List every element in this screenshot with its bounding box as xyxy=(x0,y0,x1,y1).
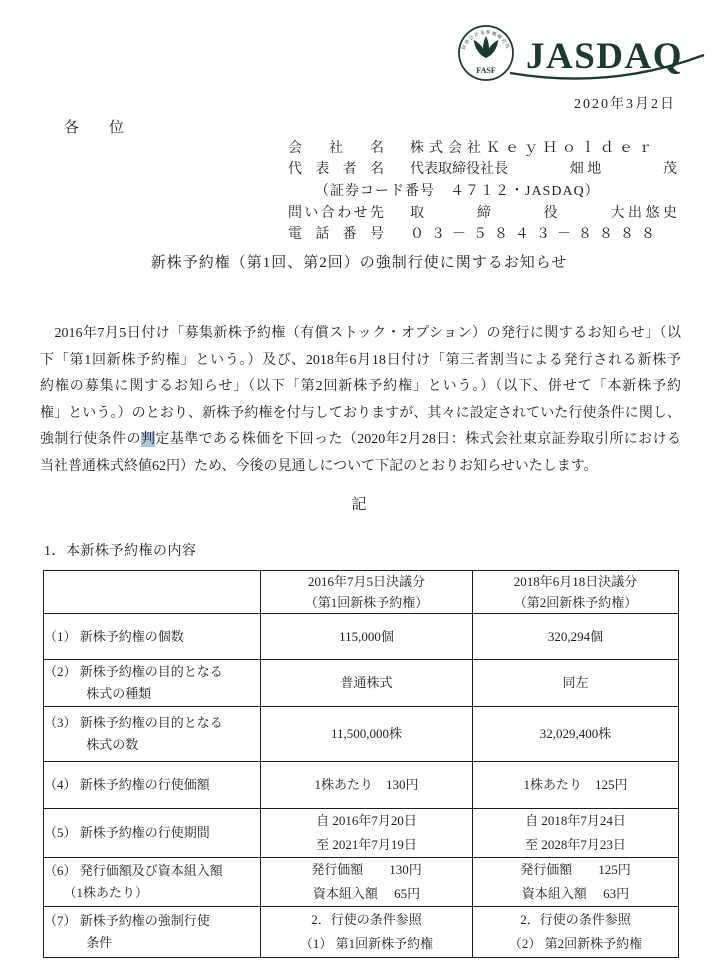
notation-ki: 記 xyxy=(0,493,718,514)
table-header-empty xyxy=(44,571,261,614)
document-title: 新株予約権（第1回、第2回）の強制行使に関するお知らせ xyxy=(0,251,718,272)
phone-line: 電話番号 ０３－５８４３－８８８８ xyxy=(288,222,677,244)
row-value-col1: 115,000個 xyxy=(261,614,473,660)
body-line-2: 下「第1回新株予約権」という。）及び、2018年6月18日付け「第三者割当による… xyxy=(40,348,681,375)
body-paragraph: 2016年7月5日付け「募集新株予約権（有償ストック・オプション）の発行に関する… xyxy=(40,321,681,480)
row-label: （6） 発行価額及び資本組入額 （1株あたり） xyxy=(44,858,261,907)
row-value-col2: 32,029,400株 xyxy=(473,707,679,762)
seal-leaves-icon xyxy=(471,36,501,60)
row-label: （4） 新株予約権の行使価額 xyxy=(44,762,261,809)
row-value-col1: 普通株式 xyxy=(261,660,473,707)
company-name-label: 会社名 xyxy=(288,137,384,157)
row-value-col2: 2．行使の条件参照 （2） 第2回新株予約権 xyxy=(473,907,679,958)
jasdaq-wordmark: JASDAQ xyxy=(526,36,683,77)
contact-title-1: 取 xyxy=(410,202,424,222)
seal-fasf-label: FASF xyxy=(476,66,496,75)
section-heading: 1．本新株予約権の内容 xyxy=(44,540,197,560)
company-name-value: 株式会社ＫｅｙＨｏｌｄｅｒ xyxy=(410,137,677,157)
row-label: （7） 新株予約権の強制行使 条件 xyxy=(44,907,261,958)
document-date: 2020年3月2日 xyxy=(574,93,676,113)
representative-givenname: 茂 xyxy=(663,158,677,178)
row-value-col2: 自 2018年7月24日 至 2028年7月23日 xyxy=(473,809,679,858)
body-line-6: 当社普通株式終値62円）ため、今後の見通しについて下記のとおりお知らせいたします… xyxy=(40,454,681,481)
representative-title: 代表取締役社長 xyxy=(410,158,508,178)
body-line-4: 権」という。）のとおり、新株予約権を付与しておりますが、其々に設定されていた行使… xyxy=(40,401,681,428)
securities-code-line: （証券コード番号 ４７１２・JASDAQ） xyxy=(288,179,677,201)
row-value-col2: 1株あたり 125円 xyxy=(473,762,679,809)
row-label: （3） 新株予約権の目的となる 株式の数 xyxy=(44,707,261,762)
body-line-5-before: 強制行使条件の xyxy=(40,432,141,447)
contact-title-2: 締 xyxy=(477,202,491,222)
fasf-seal-icon: 財務会計基準機構会員 FASF xyxy=(459,26,513,80)
row-value-col2: 320,294個 xyxy=(473,614,679,660)
contact-label: 問い合わせ先 xyxy=(288,202,384,222)
row-label: （5） 新株予約権の行使期間 xyxy=(44,809,261,858)
row-value-col1: 2．行使の条件参照 （1） 第1回新株予約権 xyxy=(261,907,473,958)
contact-value: 取 締 役 大 出 悠 史 xyxy=(410,202,677,222)
table-row-5: （5） 新株予約権の行使期間 自 2016年7月20日 至 2021年7月19日… xyxy=(44,809,679,858)
row-label: （2） 新株予約権の目的となる 株式の種類 xyxy=(44,660,261,707)
table-row-2: （2） 新株予約権の目的となる 株式の種類 普通株式 同左 xyxy=(44,660,679,707)
securities-code-text: （証券コード番号 ４７１２・JASDAQ） xyxy=(315,180,600,200)
row-value-col1: 発行価額 130円 資本組入額 65円 xyxy=(261,858,473,907)
table-header-row: 2016年7月5日決議分 （第1回新株予約権） 2018年6月18日決議分 （第… xyxy=(44,571,679,614)
document-page: 財務会計基準機構会員 FASF JASDAQ 2020年3月2日 各 位 会社名… xyxy=(0,0,718,979)
row-value-col1: 1株あたり 130円 xyxy=(261,762,473,809)
contact-line: 問い合わせ先 取 締 役 大 出 悠 史 xyxy=(288,201,677,223)
representative-label: 代表者名 xyxy=(288,158,384,178)
row-label: （1） 新株予約権の個数 xyxy=(44,614,261,660)
jasdaq-logo-graphic: 財務会計基準機構会員 FASF JASDAQ xyxy=(450,20,706,86)
body-line-5: 強制行使条件の判定基準である株価を下回った（2020年2月28日：株式会社東京証… xyxy=(40,427,681,454)
jasdaq-logo: 財務会計基準機構会員 FASF JASDAQ xyxy=(450,20,706,86)
phone-label: 電話番号 xyxy=(288,223,384,243)
body-line-3: 約権の募集に関するお知らせ」（以下「第2回新株予約権」という。）（以下、併せて「… xyxy=(40,374,681,401)
company-info-block: 会社名 株式会社ＫｅｙＨｏｌｄｅｒ 代表者名 代表取締役社長 畑 地 茂 （証券… xyxy=(288,136,677,244)
rights-table: 2016年7月5日決議分 （第1回新株予約権） 2018年6月18日決議分 （第… xyxy=(43,570,679,958)
table-header-col3: 2018年6月18日決議分 （第2回新株予約権） xyxy=(473,571,679,614)
body-line-5-after: 定基準である株価を下回った（2020年2月28日：株式会社東京証券取引所における xyxy=(155,432,681,447)
representative-value: 代表取締役社長 畑 地 茂 xyxy=(410,158,677,178)
contact-title-3: 役 xyxy=(544,202,558,222)
representative-surname: 畑 地 xyxy=(570,158,602,178)
salutation: 各 位 xyxy=(64,116,124,137)
contact-person-name: 大 出 悠 史 xyxy=(610,202,677,222)
company-name-line: 会社名 株式会社ＫｅｙＨｏｌｄｅｒ xyxy=(288,136,677,158)
table-row-4: （4） 新株予約権の行使価額 1株あたり 130円 1株あたり 125円 xyxy=(44,762,679,809)
row-value-col2: 発行価額 125円 資本組入額 63円 xyxy=(473,858,679,907)
table-row-1: （1） 新株予約権の個数 115,000個 320,294個 xyxy=(44,614,679,660)
representative-line: 代表者名 代表取締役社長 畑 地 茂 xyxy=(288,158,677,180)
table-header-col2: 2016年7月5日決議分 （第1回新株予約権） xyxy=(261,571,473,614)
phone-number: ０３－５８４３－８８８８ xyxy=(410,223,677,243)
table-row-3: （3） 新株予約権の目的となる 株式の数 11,500,000株 32,029,… xyxy=(44,707,679,762)
body-line-1: 2016年7月5日付け「募集新株予約権（有償ストック・オプション）の発行に関する… xyxy=(40,321,681,348)
table-row-7: （7） 新株予約権の強制行使 条件 2．行使の条件参照 （1） 第1回新株予約権… xyxy=(44,907,679,958)
row-value-col1: 11,500,000株 xyxy=(261,707,473,762)
row-value-col2: 同左 xyxy=(473,660,679,707)
row-value-col1: 自 2016年7月20日 至 2021年7月19日 xyxy=(261,809,473,858)
highlighted-char: 判 xyxy=(141,432,155,447)
table-row-6: （6） 発行価額及び資本組入額 （1株あたり） 発行価額 130円 資本組入額 … xyxy=(44,858,679,907)
